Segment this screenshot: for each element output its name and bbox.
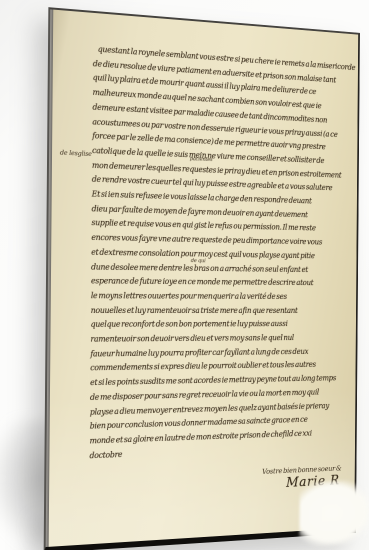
letter-line: nouuelles et luy ramenteuoir sa triste m… <box>91 304 345 319</box>
letter-lines: questant la roynele semblant vous estre … <box>89 42 346 463</box>
white-blotch <box>299 479 369 548</box>
letter-line: quelque reconfort de son bon portement i… <box>91 318 345 333</box>
margin-note: de lesglise <box>60 149 92 158</box>
letter-body: de lesglise questant la roynele semblant… <box>46 9 359 547</box>
letter-line: le moyns lettres ouuertes pour menquerir… <box>91 289 345 304</box>
letter-line: esperance de future ioye en ce monde me … <box>91 275 345 291</box>
photo-of-manuscript: de lesglise questant la roynele semblant… <box>0 0 369 550</box>
interlinear-insertion: pacientes <box>190 156 213 163</box>
manuscript-panel: de lesglise questant la roynele semblant… <box>44 7 360 550</box>
interlinear-insertion: de qui <box>191 258 206 264</box>
